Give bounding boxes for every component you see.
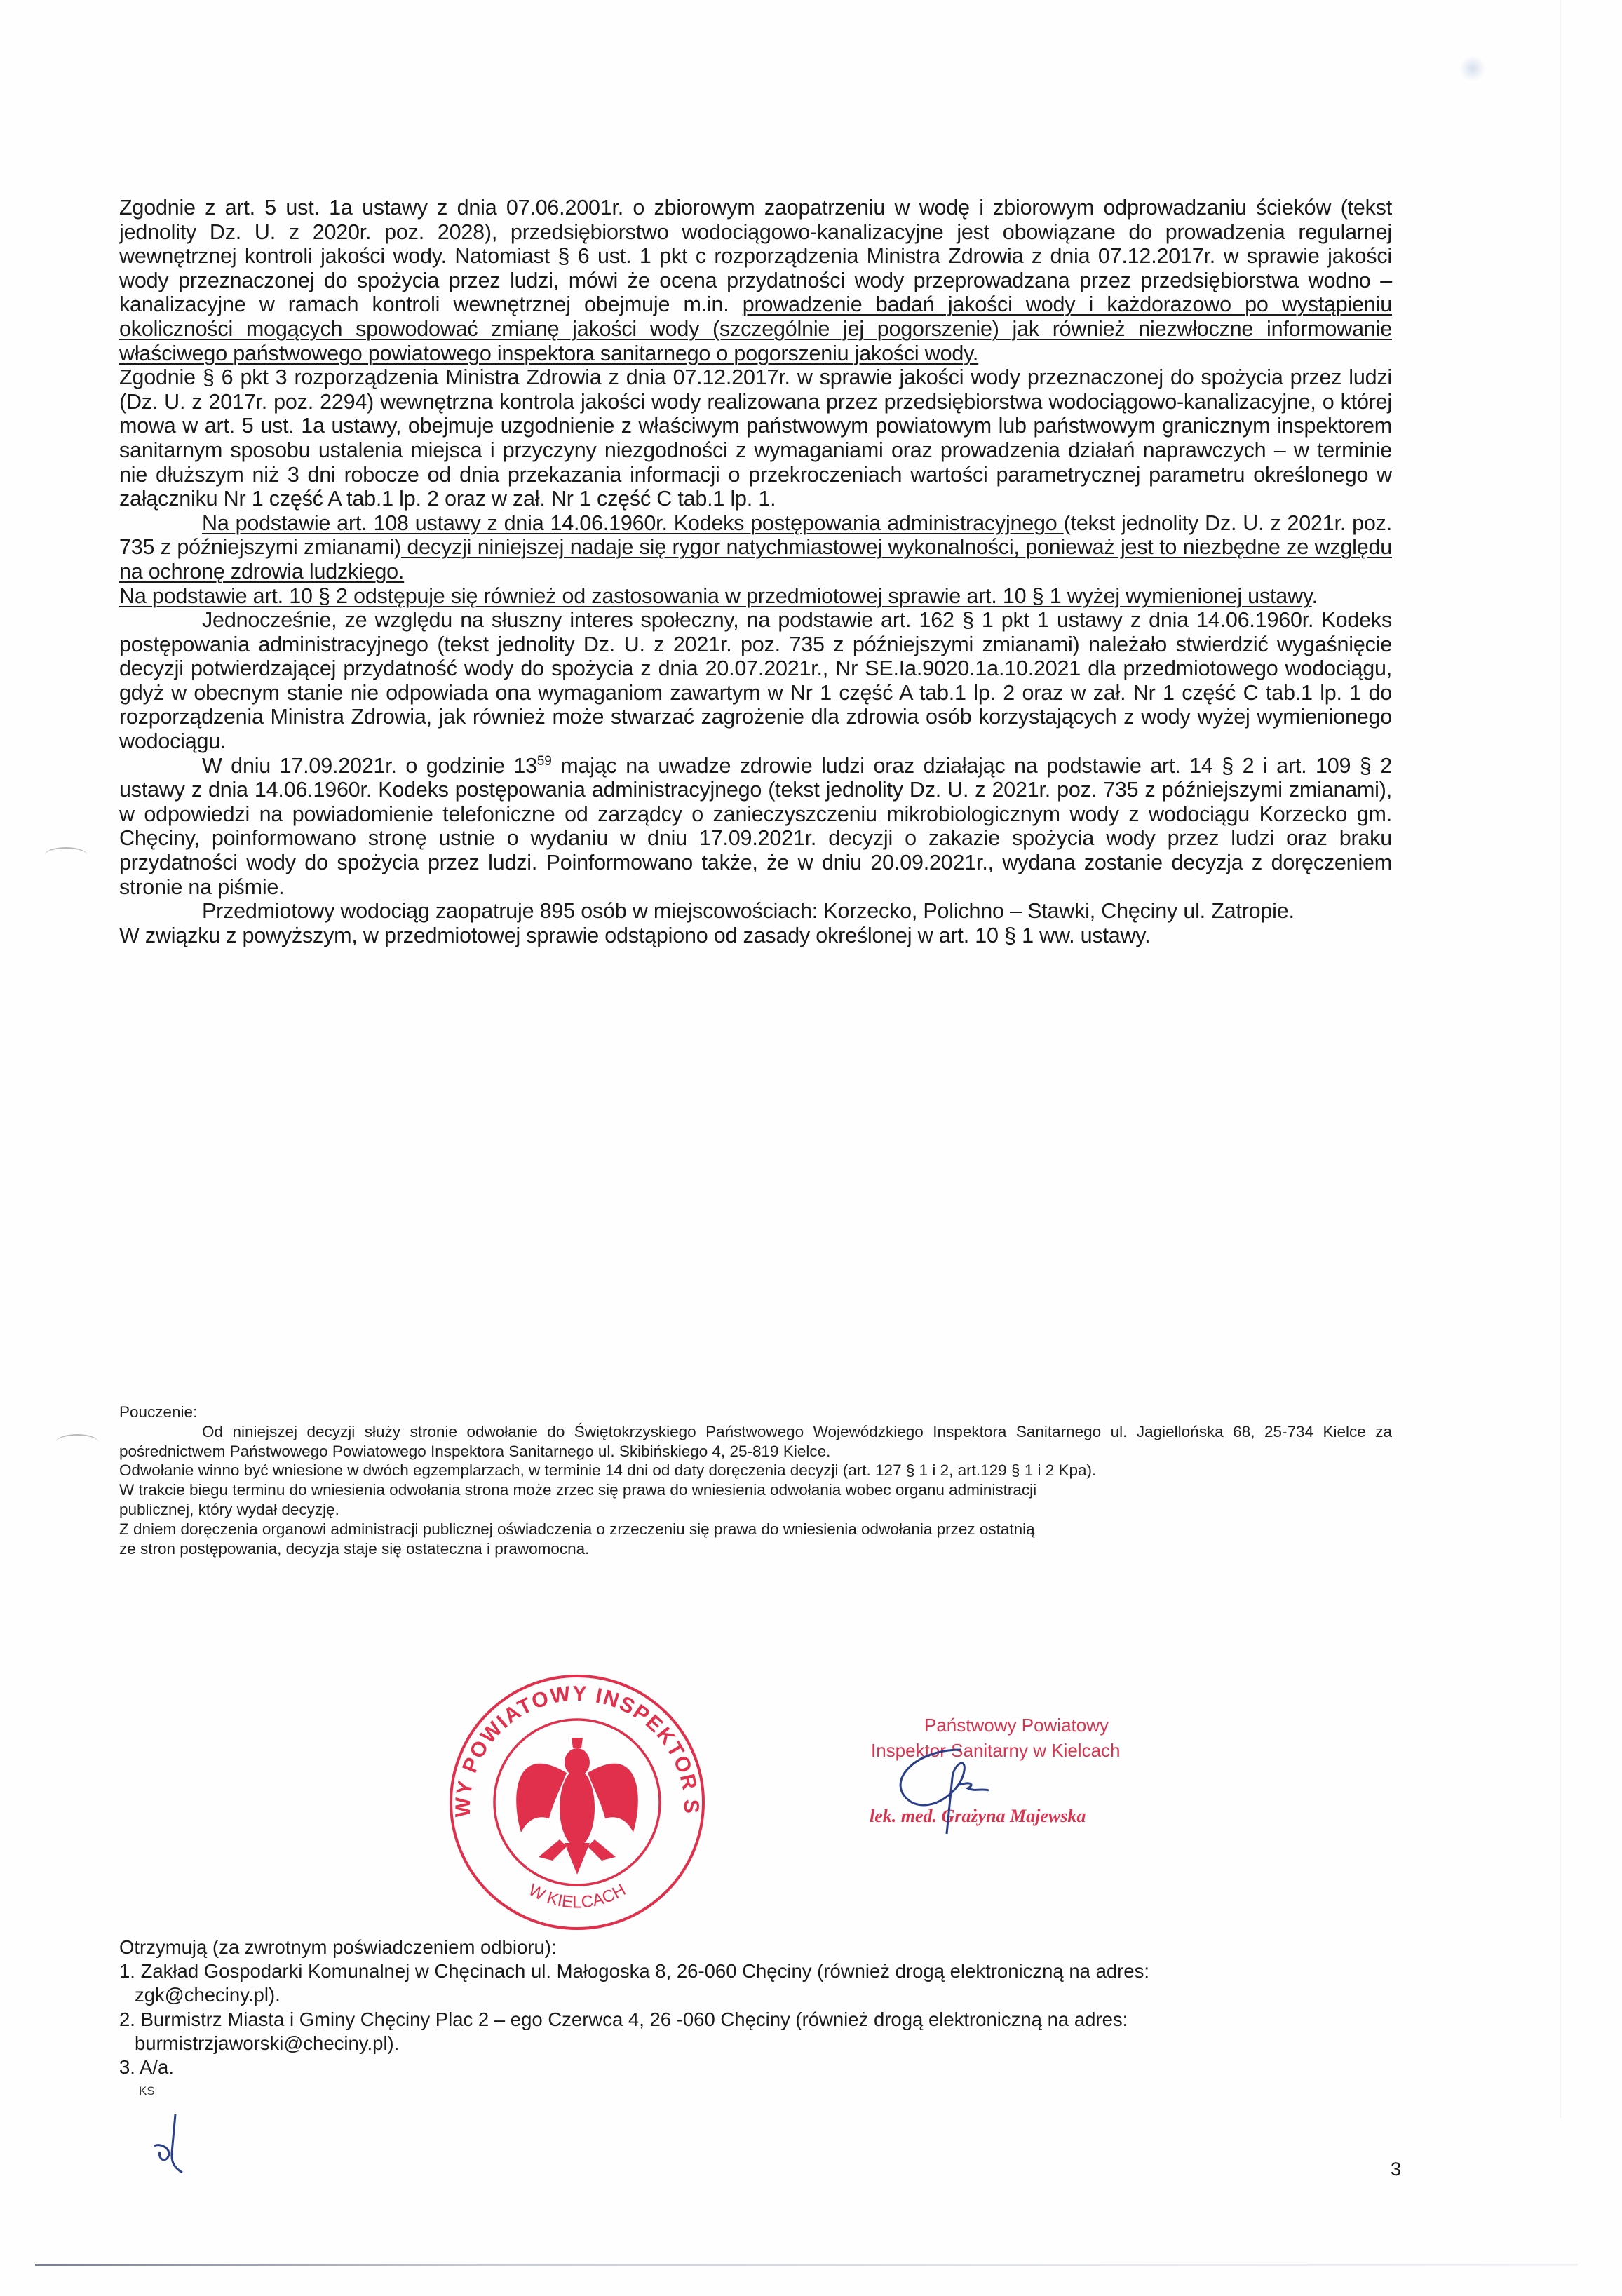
paragraph-3-underlined-a: Na podstawie art. 108 ustawy z dnia 14.0… <box>202 511 1064 535</box>
notice-paragraph-1: Od niniejszej decyzji służy stronie odwo… <box>119 1422 1392 1461</box>
handwritten-initials-icon <box>140 2111 196 2174</box>
notice-heading: Pouczenie: <box>119 1403 1392 1422</box>
time-minutes-superscript: 59 <box>537 754 552 769</box>
official-stamp-eagle-icon: PAŃSTWOWY POWIATOWY INSPEKTOR SANITARNY … <box>443 1668 711 1934</box>
recipient-2-line-1: 2. Burmistrz Miasta i Gminy Chęciny Plac… <box>119 2008 1392 2032</box>
page-number: 3 <box>1391 2159 1401 2180</box>
notice-paragraph-3-line-1: W trakcie biegu terminu do wniesienia od… <box>119 1480 1392 1500</box>
recipients-heading: Otrzymują (za zwrotnym poświadczeniem od… <box>119 1936 1392 1959</box>
scan-edge-bottom <box>35 2264 1578 2266</box>
scan-edge-right <box>1560 0 1561 2118</box>
recipient-3: 3. A/a. <box>119 2055 1392 2079</box>
handwritten-signature-icon <box>870 1736 1010 1841</box>
paragraph-2: Zgodnie § 6 pkt 3 rozporządzenia Ministr… <box>119 365 1392 511</box>
recipients-list: Otrzymują (za zwrotnym poświadczeniem od… <box>119 1936 1392 2079</box>
paragraph-3-end: . <box>1312 584 1318 608</box>
paragraph-5-text-a: W dniu 17.09.2021r. o godzinie 13 <box>202 754 537 778</box>
recipient-2-email: burmistrzjaworski@checiny.pl). <box>119 2032 1392 2055</box>
paragraph-6: Przedmiotowy wodociąg zaopatruje 895 osó… <box>119 899 1392 924</box>
punch-hole-mark <box>45 847 87 863</box>
paragraph-3: Na podstawie art. 108 ustawy z dnia 14.0… <box>119 511 1392 584</box>
notice-paragraph-3-line-2: publicznej, który wydał decyzję. <box>119 1500 1392 1520</box>
decision-body: Zgodnie z art. 5 ust. 1a ustawy z dnia 0… <box>119 196 1392 947</box>
paragraph-5: W dniu 17.09.2021r. o godzinie 1359 mają… <box>119 754 1392 900</box>
notice-paragraph-2: Odwołanie winno być wniesione w dwóch eg… <box>119 1461 1392 1480</box>
notice-paragraph-4-line-1: Z dniem doręczenia organowi administracj… <box>119 1520 1392 1539</box>
recipient-1-line-1: 1. Zakład Gospodarki Komunalnej w Chęcin… <box>119 1959 1392 1983</box>
paragraph-1: Zgodnie z art. 5 ust. 1a ustawy z dnia 0… <box>119 196 1392 365</box>
paragraph-3-underlined-d: Na podstawie art. 10 § 2 odstępuje się r… <box>119 584 1312 608</box>
punch-hole-mark <box>56 1434 98 1450</box>
paragraph-3b: Na podstawie art. 10 § 2 odstępuje się r… <box>119 584 1392 609</box>
paragraph-4: Jednocześnie, ze względu na słuszny inte… <box>119 608 1392 754</box>
signatory-title-line-1: Państwowy Powiatowy <box>924 1715 1109 1736</box>
notice-paragraph-4-line-2: ze stron postępowania, decyzja staje się… <box>119 1539 1392 1559</box>
author-initials: KS <box>139 2084 155 2098</box>
recipient-1-email: zgk@checiny.pl). <box>119 1983 1392 2007</box>
document-page: Zgodnie z art. 5 ust. 1a ustawy z dnia 0… <box>0 0 1622 2296</box>
scan-smudge <box>1459 56 1487 81</box>
appeal-notice: Pouczenie: Od niniejszej decyzji służy s… <box>119 1403 1392 1558</box>
paragraph-7: W związku z powyższym, w przedmiotowej s… <box>119 924 1392 948</box>
